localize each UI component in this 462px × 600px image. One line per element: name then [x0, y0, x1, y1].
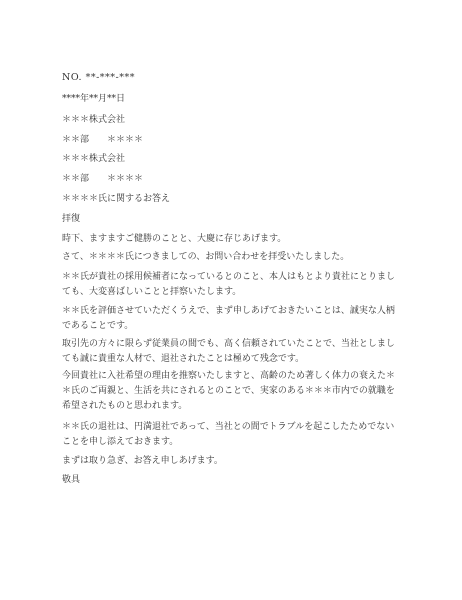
- body-paragraph: 取引先の方々に限らず従業員の間でも、高く信頼されていたことで、当社としましても誠…: [62, 337, 402, 367]
- body-paragraph: ＊＊氏を評価させていただくうえで、まず申しあげておきたいことは、誠実な人柄である…: [62, 304, 402, 334]
- body-paragraph: ＊＊氏の退社は、円満退社であって、当社との間でトラブルを起こしたためでないことを…: [62, 420, 402, 450]
- sender-company: ＊＊＊株式会社: [62, 152, 402, 167]
- letter-date: ****年**月**日: [62, 92, 402, 107]
- sender-department: ＊＊部 ＊＊＊＊: [62, 172, 402, 187]
- letter-page: NO. **-***-*** ****年**月**日 ＊＊＊株式会社 ＊＊部 ＊…: [0, 0, 462, 600]
- body-paragraph: さて、＊＊＊＊氏につきましての、お問い合わせを拝受いたしました。: [62, 250, 402, 265]
- recipient-company: ＊＊＊株式会社: [62, 113, 402, 128]
- recipient-department: ＊＊部 ＊＊＊＊: [62, 133, 402, 148]
- closing-salutation: 敬具: [62, 473, 402, 488]
- letter-subject: ＊＊＊＊氏に関するお答え: [62, 192, 402, 207]
- body-paragraph: まずは取り急ぎ、お答え申しあげます。: [62, 454, 402, 469]
- body-paragraph: 今回貴社に入社希望の理由を推察いたしますと、高齢のため著しく体力の衰えた＊＊氏の…: [62, 369, 402, 414]
- body-paragraph: ＊＊氏が貴社の採用候補者になっているとのこと、本人はもとより貴社にとりましても、…: [62, 270, 402, 300]
- document-number: NO. **-***-***: [62, 70, 402, 85]
- opening-salutation: 拝復: [62, 212, 402, 227]
- body-paragraph: 時下、ますますご健勝のことと、大慶に存じあげます。: [62, 232, 402, 247]
